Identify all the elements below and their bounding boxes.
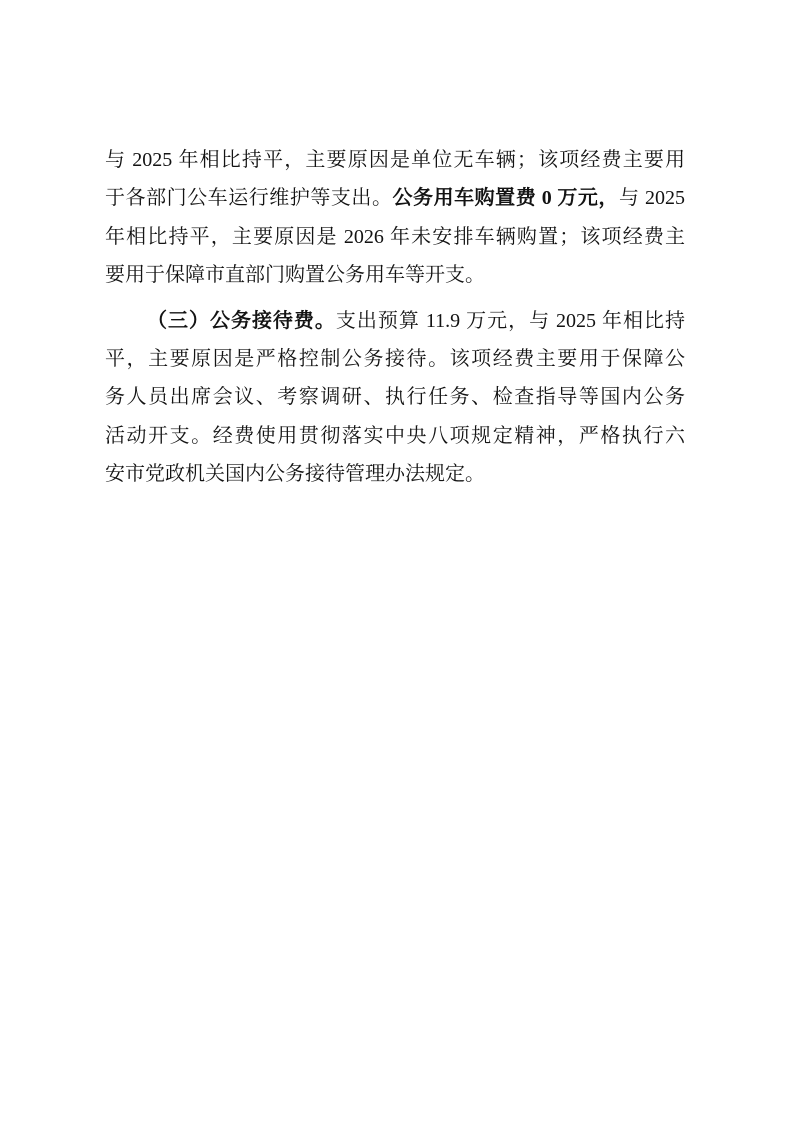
text-run: 务人员出席会议、考察调研、执行任务、检查指导等国内公务 [105,386,685,408]
text-run: 平，主要原因是严格控制公务接待。该项经费主要用于保障公 [105,348,685,370]
text-run: 活动开支。经费使用贯彻落实中央八项规定精神，严格执行六 [105,425,685,447]
text-run: 与 2025 年相比持平，主要原因是单位无车辆；该项经费主要用 [105,149,685,171]
text-line: （三）公务接待费。支出预算 11.9 万元，与 2025 年相比持 [105,302,685,340]
text-line: 活动开支。经费使用贯彻落实中央八项规定精神，严格执行六 [105,417,685,455]
text-line: 平，主要原因是严格控制公务接待。该项经费主要用于保障公 [105,340,685,378]
text-line: 于各部门公车运行维护等支出。公务用车购置费 0 万元，与 2025 [105,179,685,217]
document-page: 与 2025 年相比持平，主要原因是单位无车辆；该项经费主要用 于各部门公车运行… [105,141,685,494]
paragraph-official-vehicle-expense: 与 2025 年相比持平，主要原因是单位无车辆；该项经费主要用 于各部门公车运行… [105,141,685,295]
text-run-bold: 公务用车购置费 0 万元， [393,187,619,209]
text-line: 年相比持平，主要原因是 2026 年未安排车辆购置；该项经费主 [105,218,685,256]
text-line: 安市党政机关国内公务接待管理办法规定。 [105,455,685,493]
text-line: 与 2025 年相比持平，主要原因是单位无车辆；该项经费主要用 [105,141,685,179]
page-background: { "page": { "background": "#ffffff", "te… [0,0,793,1122]
text-run: 年相比持平，主要原因是 2026 年未安排车辆购置；该项经费主 [105,226,685,248]
text-run: 安市党政机关国内公务接待管理办法规定。 [105,463,485,485]
text-line: 要用于保障市直部门购置公务用车等开支。 [105,256,685,294]
text-run: 与 2025 [619,187,685,209]
text-run: 支出预算 11.9 万元，与 2025 年相比持 [336,310,685,332]
paragraph-official-reception-expense: （三）公务接待费。支出预算 11.9 万元，与 2025 年相比持 平，主要原因… [105,302,685,494]
text-run: 要用于保障市直部门购置公务用车等开支。 [105,264,485,286]
text-line: 务人员出席会议、考察调研、执行任务、检查指导等国内公务 [105,378,685,416]
text-run-bold: （三）公务接待费。 [147,310,336,332]
text-run: 于各部门公车运行维护等支出。 [105,187,393,209]
